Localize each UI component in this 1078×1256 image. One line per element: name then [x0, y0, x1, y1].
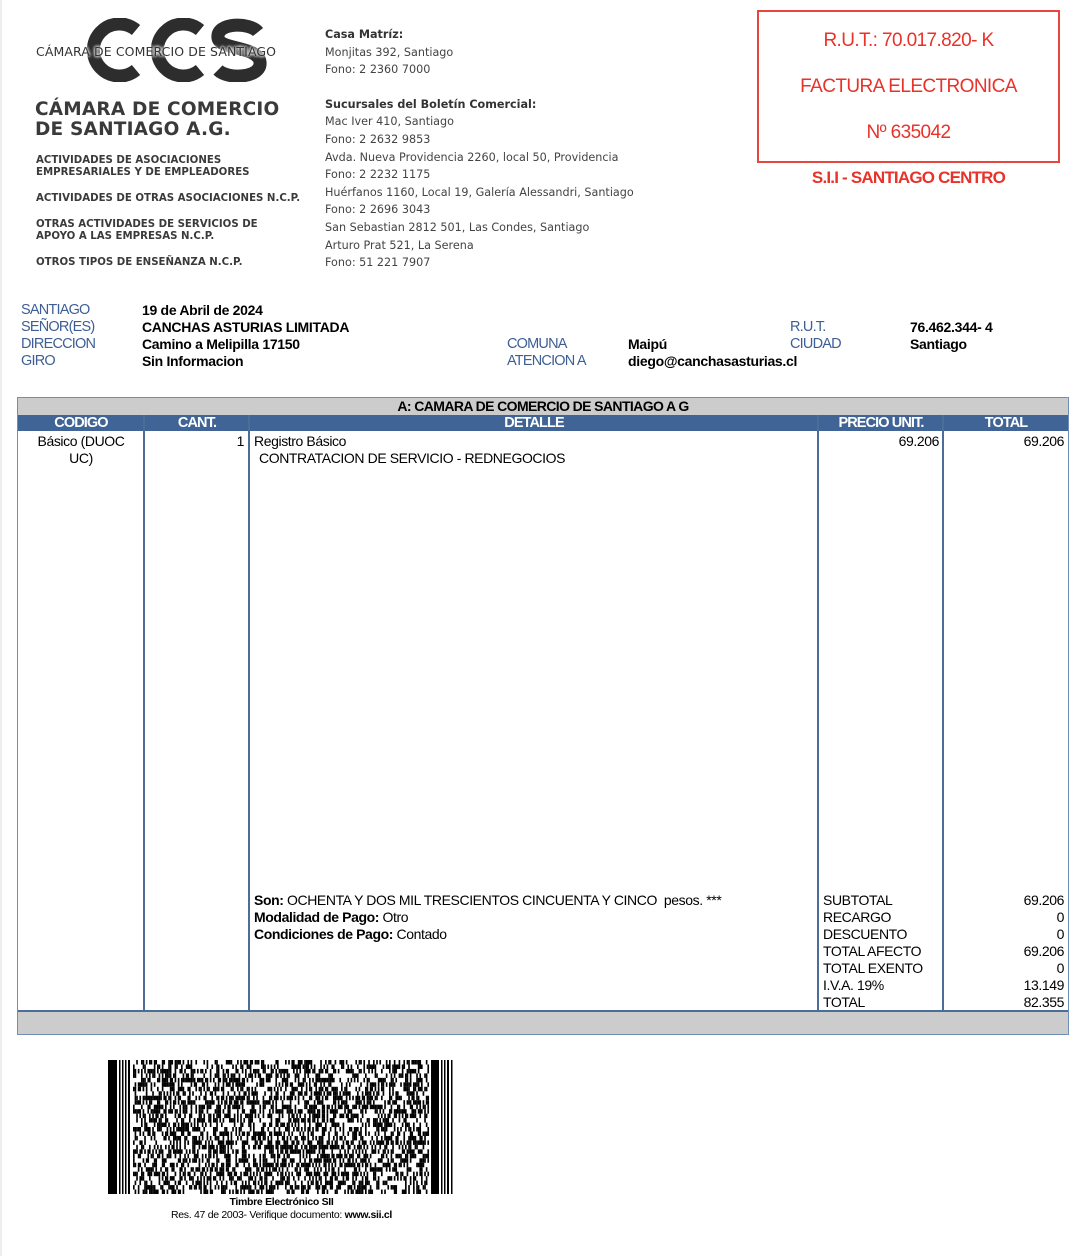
document-type: FACTURA ELECTRONICA — [759, 76, 1058, 98]
client-business: Sin Informacion — [142, 353, 243, 370]
client-ciudad: Santiago — [910, 336, 967, 353]
logo-tagline: CÁMARA DE COMERCIO DE SANTIAGO — [36, 44, 276, 59]
client-name-label: SEÑOR(ES) — [21, 319, 94, 336]
total-value: 69.206 — [944, 943, 1064, 960]
business-label: GIRO — [21, 353, 55, 370]
issue-date: 19 de Abril de 2024 — [142, 302, 263, 319]
city-label: SANTIAGO — [21, 302, 90, 319]
client-rut-label: R.U.T. — [790, 319, 825, 336]
document-number: Nº 635042 — [759, 122, 1058, 144]
client-name: CANCHAS ASTURIAS LIMITADA — [142, 319, 349, 336]
total-value: 82.355 — [944, 994, 1064, 1011]
attention-label: ATENCION A — [507, 353, 586, 370]
total-label: TOTAL — [823, 994, 865, 1011]
issuer-name-line: CÁMARA DE COMERCIO — [35, 100, 279, 120]
total-value: 0 — [944, 926, 1064, 943]
address-line: Fono: 2 2632 9853 — [325, 131, 725, 149]
pdf417-barcode-icon — [108, 1060, 455, 1194]
address-line: Mac Iver 410, Santiago — [325, 113, 725, 131]
son-value: OCHENTA Y DOS MIL TRESCIENTOS CINCUENTA … — [287, 892, 721, 908]
stamp-note-text: Res. 47 de 2003- Verifique documento: — [171, 1209, 345, 1221]
son-label: Son: — [254, 892, 284, 908]
address-line: Fono: 2 2232 1175 — [325, 166, 725, 184]
activity-item: ACTIVIDADES DE ASOCIACIONES EMPRESARIALE… — [36, 155, 316, 179]
activity-item: OTROS TIPOS DE ENSEÑANZA N.C.P. — [36, 257, 316, 269]
client-attention: diego@canchasasturias.cl — [628, 353, 797, 370]
recipient-bar: A: CAMARA DE COMERCIO DE SANTIAGO A G — [18, 398, 1068, 415]
stamp-title: Timbre Electrónico SII — [108, 1196, 455, 1209]
ciudad-label: CIUDAD — [790, 336, 841, 353]
issuer-rut: R.U.T.: 70.017.820- K — [759, 30, 1058, 52]
column-header-total: TOTAL — [944, 415, 1068, 431]
modalidad-label: Modalidad de Pago: — [254, 909, 379, 925]
total-label: SUBTOTAL — [823, 892, 892, 909]
items-table: A: CAMARA DE COMERCIO DE SANTIAGO A G CO… — [17, 397, 1069, 1035]
item-precio-unit: 69.206 — [819, 433, 939, 450]
modalidad-value: Otro — [383, 909, 409, 925]
amount-in-words: Son: OCHENTA Y DOS MIL TRESCIENTOS CINCU… — [254, 892, 721, 909]
payment-conditions: Condiciones de Pago: Contado — [254, 926, 447, 943]
total-value: 13.149 — [944, 977, 1064, 994]
stamp-note: Res. 47 de 2003- Verifique documento: ww… — [108, 1209, 455, 1222]
total-label: TOTAL AFECTO — [823, 943, 921, 960]
client-comuna: Maipú — [628, 336, 667, 353]
client-address: Camino a Melipilla 17150 — [142, 336, 300, 353]
item-detalle: Registro Básico — [254, 433, 346, 450]
item-cantidad: 1 — [145, 433, 244, 450]
activity-item: ACTIVIDADES DE OTRAS ASOCIACIONES N.C.P. — [36, 193, 316, 205]
condiciones-label: Condiciones de Pago: — [254, 926, 393, 942]
address-line: Fono: 2 2696 3043 — [325, 201, 725, 219]
total-label: I.V.A. 19% — [823, 977, 884, 994]
total-value: 0 — [944, 909, 1064, 926]
address-line: Fono: 2 2360 7000 — [325, 61, 725, 79]
issuer-logo: CÁMARA DE COMERCIO DE SANTIAGO — [34, 18, 284, 84]
issuer-activities: ACTIVIDADES DE ASOCIACIONES EMPRESARIALE… — [36, 155, 316, 283]
address-line: Fono: 51 221 7907 — [325, 254, 725, 272]
comuna-label: COMUNA — [507, 336, 567, 353]
address-line: Monjitas 392, Santiago — [325, 44, 725, 62]
document-id-box: R.U.T.: 70.017.820- K FACTURA ELECTRONIC… — [757, 10, 1060, 163]
item-codigo: Básico (DUOC UC) — [32, 433, 130, 467]
payment-mode: Modalidad de Pago: Otro — [254, 909, 408, 926]
total-label: RECARGO — [823, 909, 891, 926]
total-value: 69.206 — [944, 892, 1064, 909]
sii-link[interactable]: www.sii.cl — [345, 1209, 392, 1221]
column-header-codigo: CODIGO — [18, 415, 144, 431]
address-line: San Sebastian 2812 501, Las Condes, Sant… — [325, 219, 725, 237]
branches-title: Sucursales del Boletín Comercial: — [325, 96, 725, 114]
total-label: DESCUENTO — [823, 926, 907, 943]
address-label: DIRECCION — [21, 336, 95, 353]
address-line: Avda. Nueva Providencia 2260, local 50, … — [325, 149, 725, 167]
condiciones-value: Contado — [397, 926, 447, 942]
address-line: Huérfanos 1160, Local 19, Galería Alessa… — [325, 184, 725, 202]
total-label: TOTAL EXENTO — [823, 960, 923, 977]
client-rut: 76.462.344- 4 — [910, 319, 993, 336]
issuer-name-line: DE SANTIAGO A.G. — [35, 120, 279, 140]
table-header: CODIGO CANT. DETALLE PRECIO UNIT. TOTAL — [18, 415, 1068, 431]
column-header-cant: CANT. — [145, 415, 249, 431]
column-header-detalle: DETALLE — [250, 415, 818, 431]
column-header-precio: PRECIO UNIT. — [819, 415, 943, 431]
item-detalle-extra: CONTRATACION DE SERVICIO - REDNEGOCIOS — [259, 450, 565, 467]
total-value: 0 — [944, 960, 1064, 977]
issuer-addresses: Casa Matríz: Monjitas 392, Santiago Fono… — [325, 26, 725, 272]
head-office-title: Casa Matríz: — [325, 26, 725, 44]
activity-item: OTRAS ACTIVIDADES DE SERVICIOS DE APOYO … — [36, 219, 316, 243]
address-line: Arturo Prat 521, La Serena — [325, 237, 725, 255]
issuer-name: CÁMARA DE COMERCIO DE SANTIAGO A.G. — [35, 100, 279, 140]
sii-office: S.I.I - SANTIAGO CENTRO — [757, 168, 1060, 188]
item-total: 69.206 — [944, 433, 1064, 450]
electronic-stamp: Timbre Electrónico SII Res. 47 de 2003- … — [108, 1196, 455, 1222]
table-footer-bar — [18, 1012, 1068, 1034]
